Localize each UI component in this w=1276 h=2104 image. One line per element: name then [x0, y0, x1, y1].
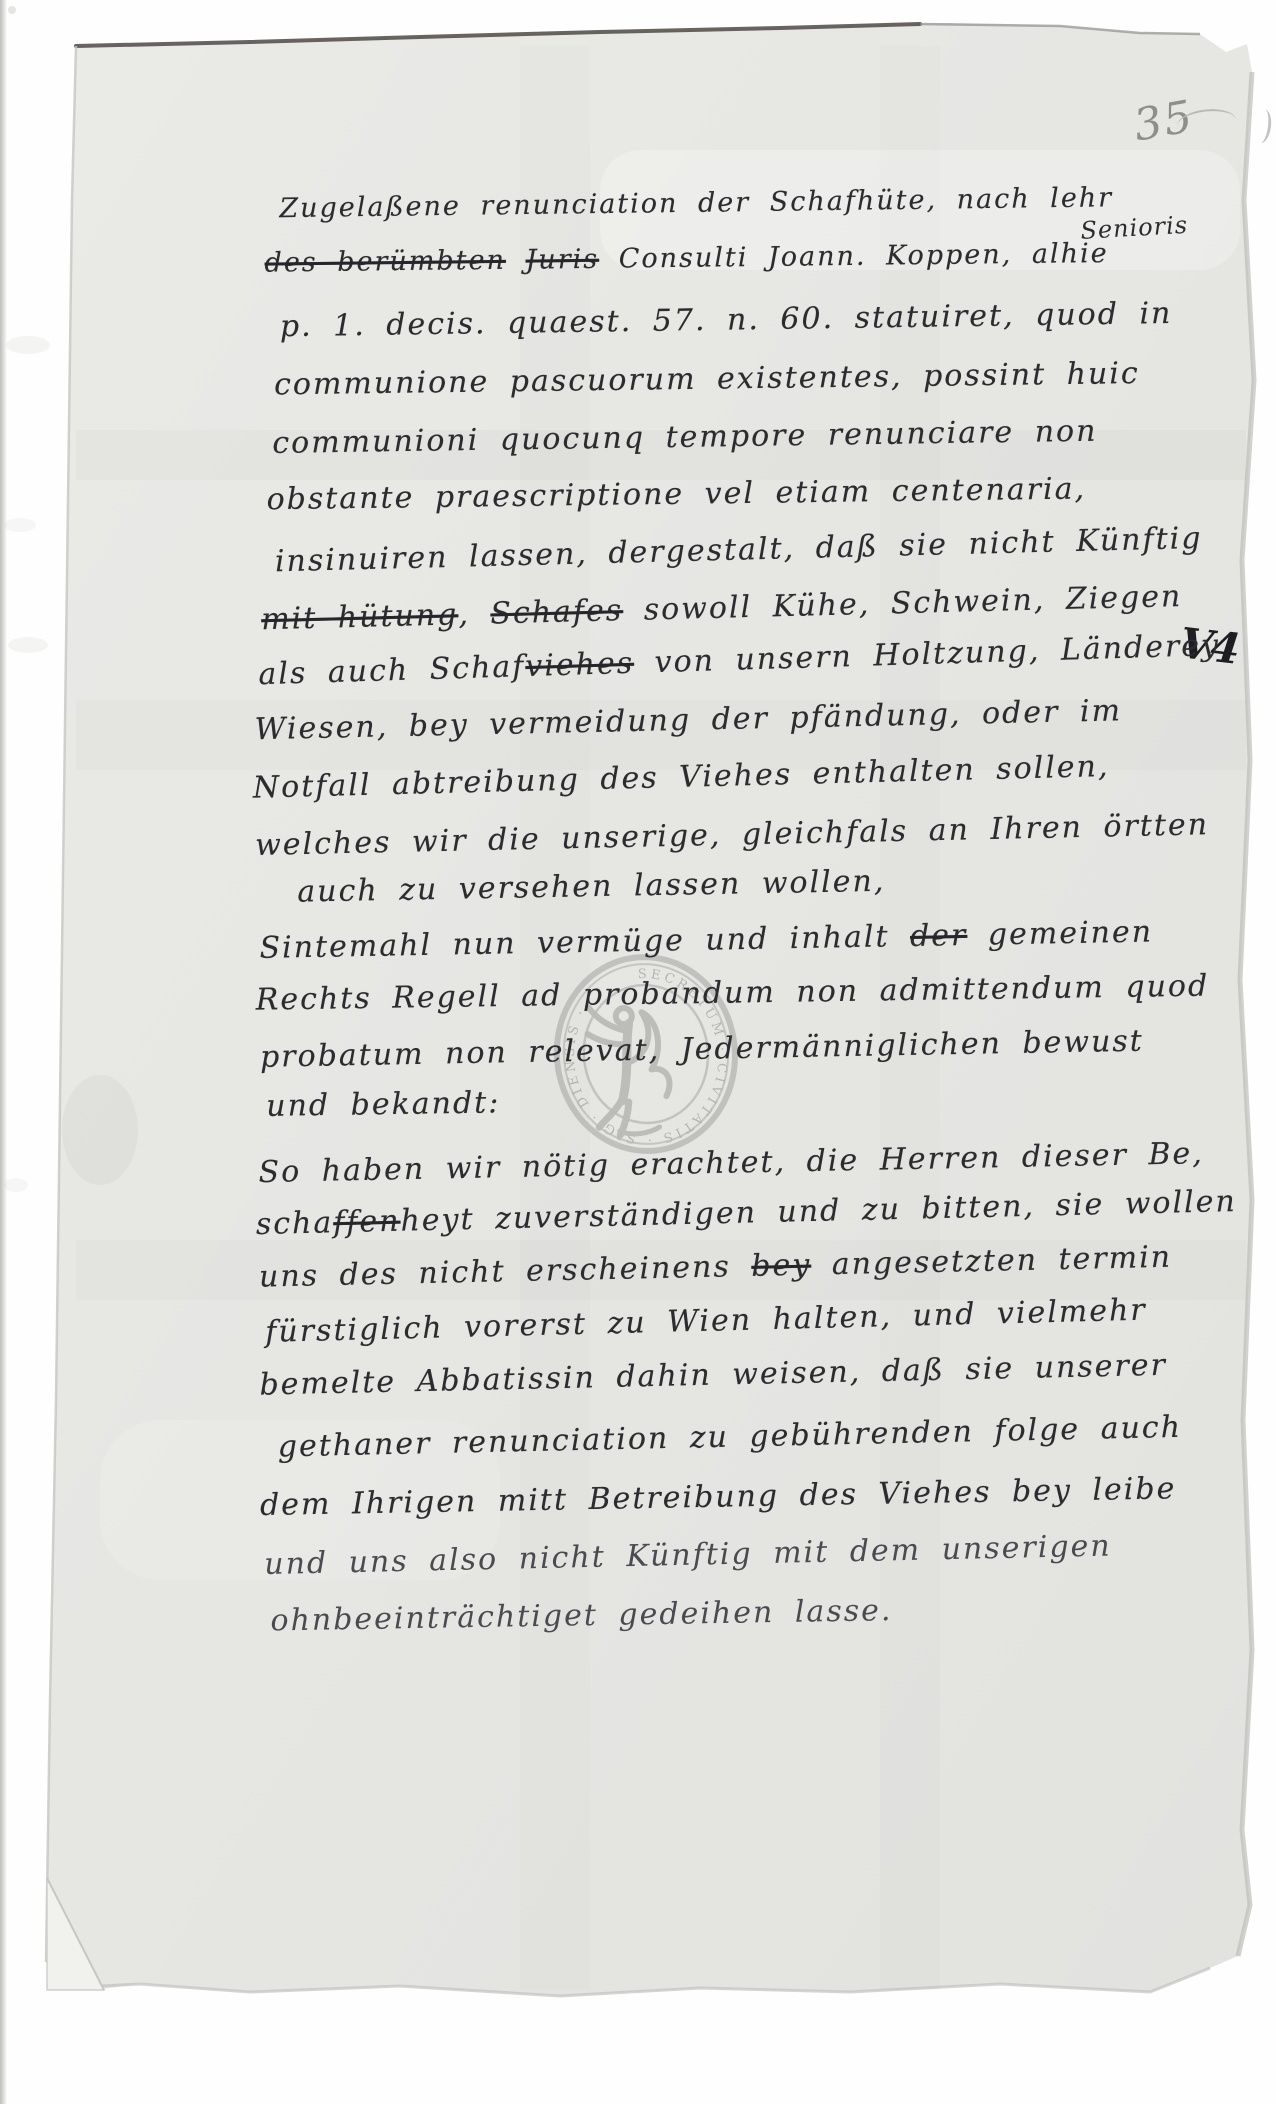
- struck-text: Juris: [525, 244, 599, 276]
- handwritten-text: sowoll Kühe, Schwein, Ziegen: [623, 579, 1183, 628]
- handwritten-text: Consulti Joann. Koppen, alhie: [599, 238, 1109, 275]
- handwritten-text: Sintemahl nun vermüge und inhalt: [259, 919, 910, 966]
- manuscript-line: fürstiglich vorerst zu Wien halten, und …: [265, 1293, 1147, 1350]
- handwritten-text: fürstiglich vorerst zu Wien halten, und …: [265, 1293, 1147, 1350]
- manuscript-line: schaffenheyt zuverständigen und zu bitte…: [255, 1184, 1237, 1242]
- manuscript-line: welches wir die unserige, gleichfals an …: [255, 807, 1210, 863]
- struck-text: bey: [751, 1248, 812, 1284]
- handwritten-text: und bekandt:: [266, 1085, 501, 1123]
- handwritten-text: probatum non relevat, Jedermänniglichen …: [260, 1024, 1144, 1075]
- handwritten-text: communioni quocunq tempore renunciare no…: [272, 414, 1098, 461]
- handwritten-text: angesetzten termin: [811, 1240, 1173, 1283]
- handwritten-text: Zugelaßene renunciation der Schafhüte, n…: [279, 182, 1113, 224]
- scan-edge-mark: [1252, 108, 1273, 144]
- manuscript-line: Zugelaßene renunciation der Schafhüte, n…: [279, 182, 1113, 224]
- handwritten-text: heyt zuverständigen und zu bitten, sie w…: [400, 1184, 1237, 1239]
- manuscript-line: Notfall abtreibung des Viehes enthalten …: [252, 749, 1109, 806]
- handwritten-text: p. 1. decis. quaest. 57. n. 60. statuire…: [280, 296, 1173, 344]
- handwritten-text: gemeinen: [967, 915, 1153, 953]
- manuscript-line: Sintemahl nun vermüge und inhalt der gem…: [259, 915, 1153, 966]
- manuscript-line: probatum non relevat, Jedermänniglichen …: [260, 1024, 1144, 1075]
- handwritten-text: scha: [255, 1205, 333, 1242]
- scanned-manuscript-page: SECRETUM · CIVITATIS · SIG · DIENSIS · 3…: [0, 0, 1276, 2104]
- handwritten-text: als auch Schaf: [258, 649, 526, 692]
- handwritten-text: obstante praescriptione vel etiam centen…: [266, 471, 1086, 517]
- manuscript-line: auch zu versehen lassen wollen,: [297, 864, 886, 910]
- handwritten-text: uns des nicht erscheinens: [259, 1249, 752, 1295]
- manuscript-line: communione pascuorum existentes, possint…: [274, 356, 1140, 402]
- manuscript-line: und uns also nicht Künftig mit dem unser…: [264, 1529, 1112, 1582]
- struck-text: Schafes: [490, 593, 624, 631]
- manuscript-line: gethaner renunciation zu gebührenden fol…: [277, 1410, 1182, 1465]
- struck-text: mit hütung: [261, 597, 459, 637]
- handwritten-text: Notfall abtreibung des Viehes enthalten …: [252, 749, 1109, 806]
- manuscript-line: insinuiren lassen, dergestalt, daß sie n…: [275, 521, 1203, 579]
- handwritten-text: So haben wir nötig erachtet, die Herren …: [258, 1136, 1204, 1190]
- manuscript-line: obstante praescriptione vel etiam centen…: [266, 471, 1086, 517]
- handwritten-text: ohnbeeinträchtiget gedeihen lasse.: [270, 1593, 892, 1638]
- handwritten-text: ,: [458, 596, 491, 632]
- manuscript-line: und bekandt:: [266, 1085, 501, 1123]
- handwritten-text: [506, 245, 526, 276]
- manuscript-line: als auch Schafviehes von unsern Holtzung…: [258, 628, 1220, 692]
- manuscript-line: mit hütung, Schafes sowoll Kühe, Schwein…: [261, 579, 1183, 637]
- manuscript-line: des berümbten Juris Consulti Joann. Kopp…: [264, 238, 1108, 279]
- handwritten-text: bemelte Abbatissin dahin weisen, daß sie…: [259, 1348, 1167, 1403]
- manuscript-line: p. 1. decis. quaest. 57. n. 60. statuire…: [280, 296, 1173, 344]
- manuscript-line: ohnbeeinträchtiget gedeihen lasse.: [270, 1593, 892, 1638]
- handwritten-text: auch zu versehen lassen wollen,: [297, 864, 886, 910]
- manuscript-line: Rechts Regell ad probandum non admittend…: [256, 969, 1210, 1018]
- manuscript-text: 35 Senioris V4 Zugelaßene renunciation d…: [0, 0, 1276, 2104]
- manuscript-line: communioni quocunq tempore renunciare no…: [272, 414, 1098, 461]
- struck-text: ffen: [333, 1204, 401, 1241]
- handwritten-text: Rechts Regell ad probandum non admittend…: [256, 969, 1210, 1018]
- manuscript-line: bemelte Abbatissin dahin weisen, daß sie…: [259, 1348, 1167, 1403]
- handwritten-text: von unsern Holtzung, Länderey: [634, 628, 1221, 681]
- handwritten-text: communione pascuorum existentes, possint…: [274, 356, 1140, 402]
- struck-text: der: [910, 918, 968, 954]
- manuscript-line: dem Ihrigen mitt Betreibung des Viehes b…: [260, 1471, 1177, 1523]
- handwritten-text: und uns also nicht Künftig mit dem unser…: [264, 1529, 1112, 1582]
- manuscript-line: uns des nicht erscheinens bey angesetzte…: [259, 1240, 1173, 1295]
- handwritten-text: gethaner renunciation zu gebührenden fol…: [277, 1410, 1182, 1465]
- handwritten-text: welches wir die unserige, gleichfals an …: [255, 807, 1210, 863]
- handwritten-text: dem Ihrigen mitt Betreibung des Viehes b…: [260, 1471, 1177, 1523]
- struck-text: viehes: [525, 646, 635, 684]
- manuscript-line: So haben wir nötig erachtet, die Herren …: [258, 1136, 1204, 1190]
- manuscript-line: Wiesen, bey vermeidung der pfändung, ode…: [254, 693, 1122, 747]
- struck-text: des berümbten: [264, 245, 506, 279]
- handwritten-text: Wiesen, bey vermeidung der pfändung, ode…: [254, 693, 1122, 747]
- handwritten-text: insinuiren lassen, dergestalt, daß sie n…: [275, 521, 1203, 579]
